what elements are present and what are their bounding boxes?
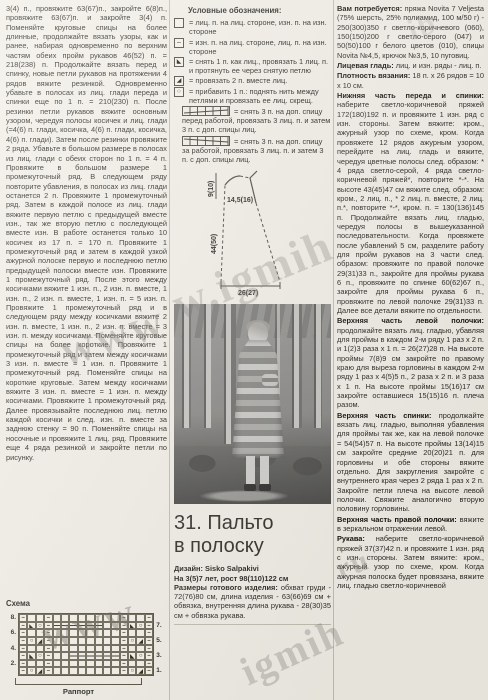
chart-cell	[120, 614, 128, 622]
child-leg	[260, 456, 269, 486]
child-arm	[262, 374, 278, 386]
chart-cell	[53, 629, 61, 637]
knit-stitch-icon	[174, 18, 184, 28]
column-divider-left	[169, 0, 170, 700]
rapport-bracket	[15, 678, 142, 685]
chart-cell	[86, 645, 94, 653]
legend-item: ○ = прибавить 1 п.: поднять нить между п…	[174, 87, 331, 105]
chart-cell	[27, 629, 35, 637]
chart-row-number	[6, 652, 16, 660]
chart-cell	[69, 614, 77, 622]
chart-cell	[19, 667, 27, 675]
birch-trunk	[314, 304, 322, 428]
chart-row-number	[6, 622, 16, 630]
chart-row-number	[156, 629, 166, 637]
chart-row-number: 7.	[156, 622, 166, 630]
chart-cell	[103, 652, 111, 660]
chart-cell	[61, 652, 69, 660]
rapport-indicator: Раппорт	[11, 678, 146, 696]
chart-cell	[95, 660, 103, 668]
chart-cell: ◣	[128, 652, 136, 660]
chart-cell	[69, 652, 77, 660]
left-column: 3(4) п., провяжите 63(67)п., закройте 6(…	[6, 4, 167, 696]
chart-cell	[145, 645, 153, 653]
designer-credit: Дизайн: Sisko Salpakivi	[174, 564, 331, 573]
chart-cell	[19, 645, 27, 653]
chart-cell	[86, 652, 94, 660]
child-leg	[246, 456, 255, 486]
chart-cell	[61, 667, 69, 675]
legend-title: Условные обозначения:	[188, 6, 331, 15]
chart-cell	[86, 629, 94, 637]
schematic-top-width-label: 14,5(16)	[227, 197, 253, 204]
legend-item: ◣ = снять 1 п. как лиц., провязать 1 лиц…	[174, 57, 331, 75]
chart-cell: ○	[36, 622, 44, 630]
chart-cell	[103, 629, 111, 637]
chart-cell	[53, 622, 61, 630]
chart-cell: ◣	[128, 622, 136, 630]
chart-cell: ○	[128, 637, 136, 645]
instruction-paragraph: Вам потребуется: пряжа Novita 7 Veljesta…	[337, 4, 484, 60]
chart-cell	[120, 622, 128, 630]
chart-cell	[86, 614, 94, 622]
legend-item-text: = лиц. п. на лиц. стороне, изн. п. на из…	[189, 18, 327, 36]
chart-cell	[61, 637, 69, 645]
cable-back-icon	[182, 136, 230, 146]
instruction-paragraph: Рукава: наберите светло-коричневой пряже…	[337, 534, 484, 590]
chart-cell	[44, 660, 52, 668]
legend-item: = снять 3 п. на доп. спицу за работой, п…	[174, 136, 331, 165]
chart-cell	[120, 637, 128, 645]
chart-cell	[95, 629, 103, 637]
chart-cell	[78, 645, 86, 653]
chart-row-number	[156, 614, 166, 622]
chart-cell	[145, 652, 153, 660]
chart-cell	[120, 629, 128, 637]
garment-schematic: 9(10) 44(50) 14,5(16) 26(27)	[174, 169, 331, 297]
chart-cell	[120, 660, 128, 668]
chart-cell	[120, 645, 128, 653]
chart-cell	[95, 637, 103, 645]
chart-cell	[78, 667, 86, 675]
chart-cell	[19, 660, 27, 668]
chart-cell	[111, 652, 119, 660]
knitting-chart-block: Схема 8.6.4.2. ◣○◣○○◢○◢◣○◣○○◢○◢ 7.5.3.1.…	[6, 599, 167, 696]
chart-cell: ◢	[136, 667, 144, 675]
chart-row-number	[6, 667, 16, 675]
column-divider-right	[333, 0, 334, 700]
chart-cell	[69, 645, 77, 653]
chart-cell	[36, 660, 44, 668]
chart-cell	[19, 614, 27, 622]
schematic-top-height-label: 9(10)	[208, 181, 215, 197]
chart-cell	[145, 637, 153, 645]
chart-cell	[44, 645, 52, 653]
chart-cell	[95, 645, 103, 653]
chart-row-number: 1.	[156, 667, 166, 675]
chart-cell	[44, 667, 52, 675]
pattern-title-line1: 31. Пальто	[174, 512, 331, 535]
chart-row-number: 5.	[156, 637, 166, 645]
chart-cell	[111, 667, 119, 675]
chart-cell	[103, 614, 111, 622]
symbol-legend: Условные обозначения: = лиц. п. на лиц. …	[174, 6, 331, 164]
chart-cell	[145, 660, 153, 668]
chart-grid: ◣○◣○○◢○◢◣○◣○○◢○◢	[18, 613, 154, 676]
chart-cell	[128, 645, 136, 653]
chart-cell	[78, 637, 86, 645]
paragraph-lead: Верхняя часть правой полочки:	[337, 515, 457, 524]
chart-row-number	[6, 637, 16, 645]
paragraph-lead: Лицевая гладь:	[337, 61, 394, 70]
legend-item: – = изн. п. на лиц. стороне, лиц. п. на …	[174, 38, 331, 56]
chart-cell	[136, 660, 144, 668]
chart-cell	[103, 645, 111, 653]
paragraph-lead: Рукава:	[337, 534, 365, 543]
chart-cell	[78, 622, 86, 630]
legend-item: = снять 3 п. на доп. спицу перед работой…	[174, 106, 331, 135]
chart-row-number	[156, 645, 166, 653]
knitting-chart: 8.6.4.2. ◣○◣○○◢○◢◣○◣○○◢○◢ 7.5.3.1.	[6, 613, 167, 676]
chart-cell	[95, 667, 103, 675]
chart-cell	[44, 629, 52, 637]
birch-trunk	[182, 304, 191, 428]
chart-cell	[103, 660, 111, 668]
chart-cell	[53, 667, 61, 675]
measurements-lead: Размеры готового изделия:	[174, 583, 278, 592]
chart-cell	[86, 660, 94, 668]
instruction-paragraph: Лицевая гладь: лиц. и изн. ряды - лиц. п…	[337, 61, 484, 70]
chart-cell	[120, 667, 128, 675]
schematic-bottom-width-label: 26(27)	[238, 290, 258, 297]
chart-cell	[78, 660, 86, 668]
chart-cell	[95, 652, 103, 660]
chart-row-number: 3.	[156, 652, 166, 660]
chart-row-number: 8.	[6, 614, 16, 622]
chart-cell	[86, 637, 94, 645]
chart-cell	[61, 622, 69, 630]
middle-column: Условные обозначения: = лиц. п. на лиц. …	[174, 4, 331, 696]
chart-cell: ○	[136, 622, 144, 630]
paragraph-lead: Верхняя часть левой полочки:	[337, 316, 484, 325]
chart-cell	[44, 637, 52, 645]
chart-cell	[111, 629, 119, 637]
chart-cell	[136, 629, 144, 637]
instruction-paragraph: Верхняя часть правой полочки: вяжите в з…	[337, 515, 484, 534]
chart-cell	[86, 667, 94, 675]
cable-front-icon	[182, 106, 230, 116]
chart-cell	[61, 660, 69, 668]
legend-item-text: = снять 1 п. как лиц., провязать 1 лиц. …	[189, 57, 328, 75]
chart-cell	[61, 645, 69, 653]
legend-item: ◢ = провязать 2 п. вместе лиц.	[174, 76, 331, 85]
chart-title: Схема	[6, 599, 167, 608]
chart-cell	[145, 667, 153, 675]
rapport-label: Раппорт	[11, 687, 146, 696]
chart-cell	[36, 645, 44, 653]
child-model	[226, 322, 290, 498]
instruction-paragraph: Верхняя часть левой полочки: продолжайте…	[337, 316, 484, 409]
pattern-title: 31. Пальто в полоску	[174, 512, 331, 558]
chart-cell	[86, 622, 94, 630]
instructions-continued-text: 3(4) п., провяжите 63(67)п., закройте 6(…	[6, 4, 167, 595]
chart-cell	[19, 637, 27, 645]
chart-cell	[136, 614, 144, 622]
make1-increase-icon: ○	[174, 87, 184, 97]
chart-cell	[111, 637, 119, 645]
striped-coat	[232, 340, 284, 458]
chart-cell	[36, 629, 44, 637]
chart-cell	[128, 614, 136, 622]
pattern-photo	[174, 304, 331, 504]
chart-cell	[78, 652, 86, 660]
legend-item-text: = прибавить 1 п.: поднять нить между пет…	[189, 87, 319, 105]
chart-cell: ○	[27, 667, 35, 675]
chart-cell	[61, 629, 69, 637]
chart-cell	[53, 637, 61, 645]
chart-cell	[145, 622, 153, 630]
paragraph-lead: Нижняя часть переда и спинки:	[337, 91, 484, 100]
chart-cell: ○	[136, 652, 144, 660]
chart-cell	[69, 667, 77, 675]
chart-cell	[78, 629, 86, 637]
chart-cell	[111, 645, 119, 653]
chart-row-number: 2.	[6, 660, 16, 668]
chart-cell: ◢	[36, 667, 44, 675]
right-column: Вам потребуется: пряжа Novita 7 Veljesta…	[337, 4, 484, 698]
chart-row-number: 6.	[6, 629, 16, 637]
chart-cell	[103, 622, 111, 630]
chart-cell	[145, 614, 153, 622]
chart-cell	[78, 614, 86, 622]
chart-row-numbers-right: 7.5.3.1.	[156, 613, 166, 675]
schematic-side-height-label: 44(50)	[211, 234, 218, 254]
paragraph-lead: Плотность вязания:	[337, 71, 410, 80]
chart-cell	[69, 629, 77, 637]
legend-items: = лиц. п. на лиц. стороне, изн. п. на из…	[174, 18, 331, 164]
chart-cell	[44, 652, 52, 660]
chart-cell	[19, 622, 27, 630]
chart-row-number	[156, 660, 166, 668]
instruction-paragraph: Плотность вязания: 18 п. х 26 рядов = 10…	[337, 71, 484, 90]
chart-cell	[36, 614, 44, 622]
chart-cell	[111, 614, 119, 622]
chart-cell	[111, 660, 119, 668]
chart-cell	[145, 629, 153, 637]
chart-cell	[69, 660, 77, 668]
chart-cell	[120, 652, 128, 660]
chart-cell	[44, 614, 52, 622]
chart-cell	[44, 622, 52, 630]
chart-cell: ○	[128, 667, 136, 675]
purl-stitch-icon: –	[174, 38, 184, 48]
magazine-page: 3(4) п., провяжите 63(67)п., закройте 6(…	[0, 0, 488, 700]
legend-item-text: = провязать 2 п. вместе лиц.	[189, 76, 287, 85]
pattern-credits: Дизайн: Sisko Salpakivi На 3(5)7 лет, ро…	[174, 564, 331, 625]
chart-cell	[103, 637, 111, 645]
chart-cell	[69, 622, 77, 630]
chart-cell	[95, 622, 103, 630]
chart-cell	[136, 645, 144, 653]
child-shoe	[259, 484, 271, 491]
chart-cell	[111, 622, 119, 630]
paragraph-lead: Верхняя часть спинки:	[337, 411, 432, 420]
legend-item-text: = изн. п. на лиц. стороне, лиц. п. на из…	[189, 38, 327, 56]
chart-cell	[128, 629, 136, 637]
chart-cell	[19, 652, 27, 660]
chart-cell	[53, 660, 61, 668]
chart-cell	[19, 629, 27, 637]
instruction-paragraph: Нижняя часть переда и спинки: наберите с…	[337, 91, 484, 315]
legend-item: = лиц. п. на лиц. стороне, изн. п. на из…	[174, 18, 331, 36]
chart-row-numbers-left: 8.6.4.2.	[6, 613, 16, 675]
birch-trunk	[204, 304, 211, 428]
chart-row-number: 4.	[6, 645, 16, 653]
sizes-line: На 3(5)7 лет, рост 98(110)122 см	[174, 574, 331, 583]
chart-cell	[53, 645, 61, 653]
birch-trunk	[292, 304, 302, 428]
paragraph-lead: Вам потребуется:	[337, 4, 402, 13]
pattern-title-line2: в полоску	[174, 535, 331, 558]
chart-cell	[27, 660, 35, 668]
chart-cell	[95, 614, 103, 622]
finished-measurements: Размеры готового изделия: обхват груди -…	[174, 583, 331, 620]
chart-cell: ○	[27, 637, 35, 645]
chart-cell: ○	[36, 652, 44, 660]
chart-cell	[128, 660, 136, 668]
child-shoe	[244, 484, 256, 491]
skp-decrease-icon: ◣	[174, 57, 184, 67]
chart-cell	[53, 652, 61, 660]
chart-cell	[69, 637, 77, 645]
chart-cell: ◢	[36, 637, 44, 645]
k2tog-decrease-icon: ◢	[174, 76, 184, 86]
chart-cell	[27, 614, 35, 622]
chart-cell: ◣	[27, 622, 35, 630]
pattern-instructions: Вам потребуется: пряжа Novita 7 Veljesta…	[337, 4, 484, 590]
chart-cell	[61, 614, 69, 622]
instruction-paragraph: Верхняя часть спинки: продолжайте вязать…	[337, 411, 484, 514]
chart-cell	[53, 614, 61, 622]
chart-cell: ◢	[136, 637, 144, 645]
chart-cell	[27, 645, 35, 653]
chart-cell: ◣	[27, 652, 35, 660]
chart-cell	[103, 667, 111, 675]
